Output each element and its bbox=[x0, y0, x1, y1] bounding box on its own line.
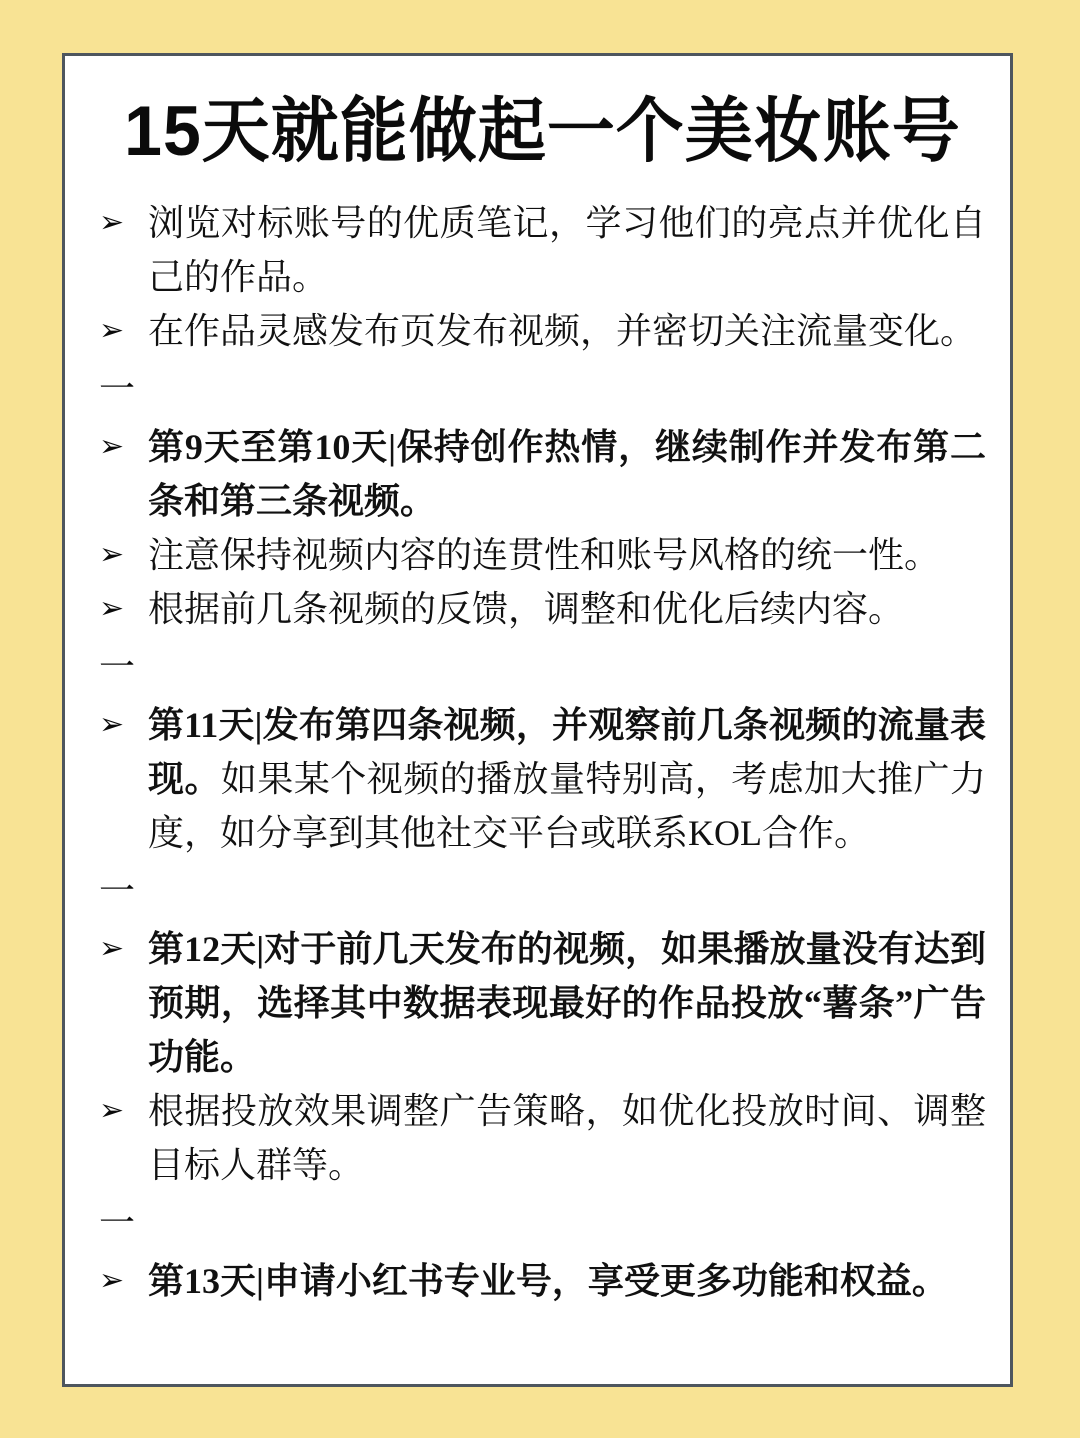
list-item: ➢ 根据投放效果调整广告策略，如优化投放时间、调整目标人群等。 bbox=[99, 1084, 986, 1192]
arrow-bullet-icon: ➢ bbox=[99, 196, 148, 250]
list-item: ➢ 根据前几条视频的反馈，调整和优化后续内容。 bbox=[99, 582, 986, 636]
text-segment: 根据前几条视频的反馈，调整和优化后续内容。 bbox=[148, 589, 904, 629]
list-item: ➢ 第9天至第10天|保持创作热情，继续制作并发布第二条和第三条视频。 bbox=[99, 420, 986, 528]
list-item-text: 浏览对标账号的优质笔记，学习他们的亮点并优化自己的作品。 bbox=[148, 196, 986, 304]
list-item: ➢ 在作品灵感发布页发布视频，并密切关注流量变化。 bbox=[99, 304, 986, 358]
list-item-text: 注意保持视频内容的连贯性和账号风格的统一性。 bbox=[148, 528, 986, 582]
list-item: ➢ 第12天|对于前几天发布的视频，如果播放量没有达到预期，选择其中数据表现最好… bbox=[99, 922, 986, 1084]
text-segment: 根据投放效果调整广告策略，如优化投放时间、调整目标人群等。 bbox=[148, 1091, 986, 1185]
list-item-text: 第11天|发布第四条视频，并观察前几条视频的流量表现。如果某个视频的播放量特别高… bbox=[148, 698, 986, 860]
list-item-text: 根据前几条视频的反馈，调整和优化后续内容。 bbox=[148, 582, 986, 636]
separator-dash: 一 bbox=[99, 362, 986, 416]
arrow-bullet-icon: ➢ bbox=[99, 1254, 148, 1308]
separator-dash: 一 bbox=[99, 1196, 986, 1250]
arrow-bullet-icon: ➢ bbox=[99, 1084, 148, 1138]
separator-dash: 一 bbox=[99, 864, 986, 918]
content-card: 15天就能做起一个美妆账号 ➢ 浏览对标账号的优质笔记，学习他们的亮点并优化自己… bbox=[62, 53, 1013, 1387]
arrow-bullet-icon: ➢ bbox=[99, 922, 148, 976]
text-segment-bold: 第9天至第10天|保持创作热情，继续制作并发布第二条和第三条视频。 bbox=[148, 427, 986, 521]
text-segment: 注意保持视频内容的连贯性和账号风格的统一性。 bbox=[148, 535, 940, 575]
arrow-bullet-icon: ➢ bbox=[99, 698, 148, 752]
text-segment: 如果某个视频的播放量特别高，考虑加大推广力度，如分享到其他社交平台或联系KOL合… bbox=[148, 759, 986, 853]
list-item-text: 第12天|对于前几天发布的视频，如果播放量没有达到预期，选择其中数据表现最好的作… bbox=[148, 922, 986, 1084]
list-item-text: 第9天至第10天|保持创作热情，继续制作并发布第二条和第三条视频。 bbox=[148, 420, 986, 528]
list-item: ➢ 浏览对标账号的优质笔记，学习他们的亮点并优化自己的作品。 bbox=[99, 196, 986, 304]
arrow-bullet-icon: ➢ bbox=[99, 304, 148, 358]
bullet-list: ➢ 浏览对标账号的优质笔记，学习他们的亮点并优化自己的作品。 ➢ 在作品灵感发布… bbox=[99, 196, 986, 1308]
text-segment: 在作品灵感发布页发布视频，并密切关注流量变化。 bbox=[148, 311, 976, 351]
arrow-bullet-icon: ➢ bbox=[99, 582, 148, 636]
separator-dash: 一 bbox=[99, 640, 986, 694]
text-segment: 浏览对标账号的优质笔记，学习他们的亮点并优化自己的作品。 bbox=[148, 203, 986, 297]
poster-background: 15天就能做起一个美妆账号 ➢ 浏览对标账号的优质笔记，学习他们的亮点并优化自己… bbox=[0, 0, 1080, 1438]
list-item-text: 在作品灵感发布页发布视频，并密切关注流量变化。 bbox=[148, 304, 986, 358]
list-item: ➢ 注意保持视频内容的连贯性和账号风格的统一性。 bbox=[99, 528, 986, 582]
arrow-bullet-icon: ➢ bbox=[99, 528, 148, 582]
text-segment-bold: 第13天|申请小红书专业号，享受更多功能和权益。 bbox=[148, 1261, 948, 1301]
arrow-bullet-icon: ➢ bbox=[99, 420, 148, 474]
list-item-text: 第13天|申请小红书专业号，享受更多功能和权益。 bbox=[148, 1254, 986, 1308]
list-item: ➢ 第11天|发布第四条视频，并观察前几条视频的流量表现。如果某个视频的播放量特… bbox=[99, 698, 986, 860]
list-item: ➢ 第13天|申请小红书专业号，享受更多功能和权益。 bbox=[99, 1254, 986, 1308]
page-title: 15天就能做起一个美妆账号 bbox=[99, 90, 986, 171]
text-segment-bold: 第12天|对于前几天发布的视频，如果播放量没有达到预期，选择其中数据表现最好的作… bbox=[148, 929, 986, 1077]
list-item-text: 根据投放效果调整广告策略，如优化投放时间、调整目标人群等。 bbox=[148, 1084, 986, 1192]
